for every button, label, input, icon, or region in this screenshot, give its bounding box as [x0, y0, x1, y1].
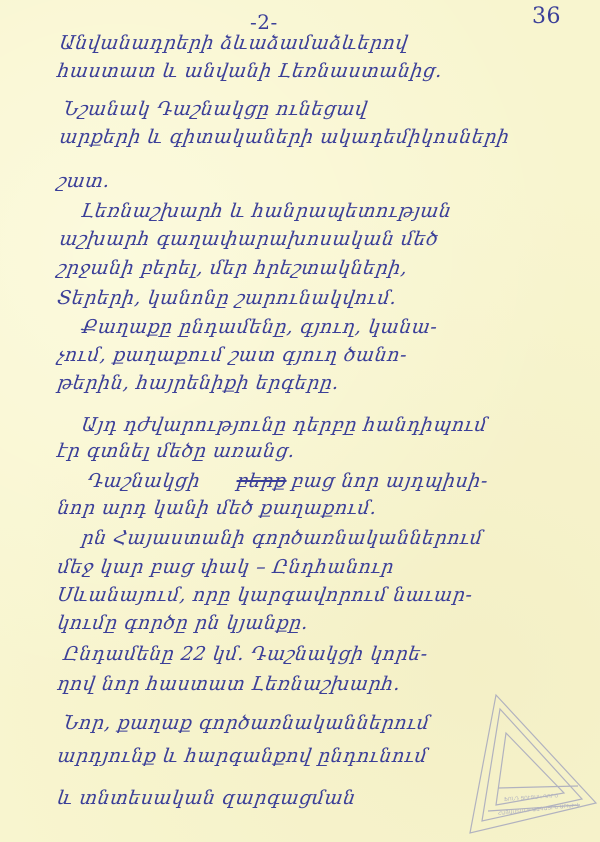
handwritten-line-continuation: բաց նոր այդպիսի- — [290, 470, 490, 492]
handwritten-line: Քաղաքը ընդամենը, գյուղ, կանա- — [80, 316, 439, 338]
svg-text:ՀԱՅԱՍՏԱՆԻ ԱԶԳԱՅԻՆ ԱՐԽԻՎ: ՀԱՅԱՍՏԱՆԻ ԱԶԳԱՅԻՆ ԱՐԽԻՎ — [498, 802, 580, 816]
handwritten-line: շրջանի բերել, մեր հրեշտակների, — [56, 257, 409, 279]
page-sequence-label: -2- — [250, 10, 278, 34]
handwritten-line: նոր արդ կանի մեծ քաղաքում. — [56, 497, 378, 519]
handwritten-line: Ընդամենը 22 կմ. Դաշնակցի կորե- — [62, 643, 429, 665]
svg-text:ՖՈՆԴ ՑՈՒՑԱԿ ԳՈՐԾ: ՖՈՆԴ ՑՈՒՑԱԿ ԳՈՐԾ — [504, 793, 559, 803]
handwritten-line: թերին, հայրենիքի երգերը. — [56, 372, 341, 394]
handwritten-line: Սևանայում, որը կարգավորում նաւար- — [56, 584, 474, 606]
page-number: 36 — [532, 4, 561, 29]
archive-stamp-icon: ՀԱՅԱՍՏԱՆԻ ԱԶԳԱՅԻՆ ԱՐԽԻՎ ՖՈՆԴ ՑՈՒՑԱԿ ԳՈՐԾ — [468, 693, 598, 838]
handwritten-line: չում, քաղաքում շատ գյուղ ծանո- — [56, 344, 409, 366]
handwritten-line: Անվանադրերի ձևաձամաձևերով — [58, 32, 410, 54]
handwritten-line: Դաշնակցի — [86, 470, 202, 492]
handwritten-line: արքերի և գիտակաների ակադեմիկոսների — [58, 126, 511, 148]
handwritten-line: Տերերի, կանոնը շարունակվում. — [56, 287, 398, 309]
handwritten-line: կումը գործը րն կյանքը. — [56, 612, 310, 634]
handwritten-line: և տնտեսական զարգացման — [56, 787, 357, 809]
handwritten-line: Նոր, քաղաք գործառնականներում — [62, 712, 431, 734]
handwritten-line: մեջ կար բաց փակ – Ընդհանուր — [56, 556, 396, 578]
handwritten-line: Լեռնաշխարհ և հանրապետության — [80, 200, 453, 222]
handwritten-line: արդյունք և հարգանքով ընդունում — [56, 745, 429, 767]
handwritten-line: հաստատ և անվանի Լեռնաստանից. — [56, 60, 444, 82]
struck-through-word: բերք — [235, 470, 288, 492]
handwritten-line: աշխարհ գաղափարախոսական մեծ — [58, 228, 440, 250]
handwritten-line: Այդ դժվարությունը դերբը հանդիպում — [80, 414, 489, 436]
handwritten-line: շատ. — [56, 170, 112, 192]
handwritten-line: րն Հայաստանի գործառնականներում — [80, 527, 484, 549]
handwritten-line: էր գտնել մեծը առանց. — [56, 440, 297, 462]
handwritten-line: Նշանակ Դաշնակցը ունեցավ — [62, 98, 369, 120]
handwritten-line: ղով նոր հաստատ Լեռնաշխարհ. — [56, 673, 402, 695]
